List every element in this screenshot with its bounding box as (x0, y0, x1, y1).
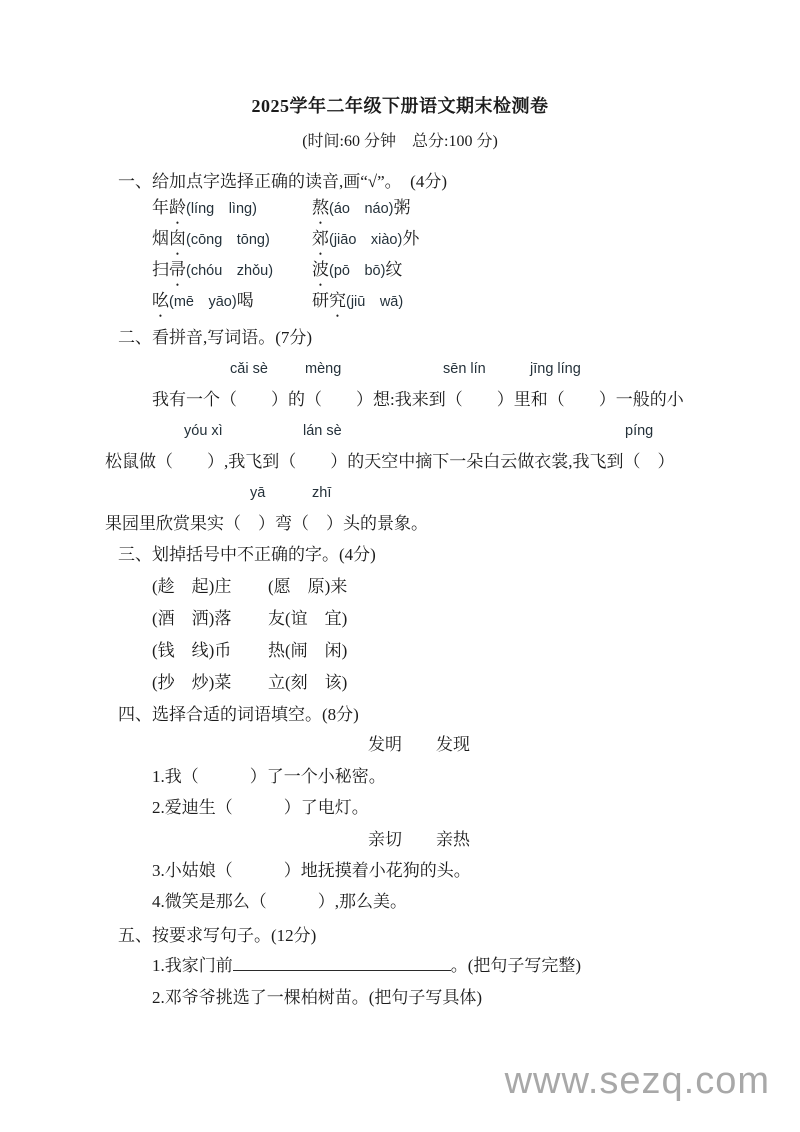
pinyin-hint: cǎi sè (230, 358, 268, 381)
pinyin-hint: yā (250, 482, 265, 505)
char: 扫 (152, 260, 169, 279)
char: 年 (152, 198, 169, 217)
q4-word-pair-2: 亲切 亲热 (368, 828, 470, 851)
q1-row-3-right: 波(pō bō)纹 (312, 260, 402, 279)
q1-row-3-left: 扫帚(chóu zhǒu) (152, 258, 312, 283)
q1-row-1-right: 熬(áo náo)粥 (312, 198, 410, 217)
dotted-char: 郊 (312, 227, 329, 250)
q4-item-1: 1.我（ ）了一个小秘密。 (152, 765, 386, 788)
q1-row-2-right: 郊(jiāo xiào)外 (312, 229, 419, 248)
q1-row-2: 烟囱(cōng tōng)郊(jiāo xiào)外 (152, 227, 419, 252)
char: 喝 (237, 291, 254, 310)
pinyin-hint: mèng (305, 358, 341, 381)
char: 粥 (393, 198, 410, 217)
pinyin-choices: (cōng tōng) (186, 232, 270, 248)
pinyin-hint: sēn lín (443, 358, 486, 381)
q1-row-1: 年龄(líng lìng)熬(áo náo)粥 (152, 196, 410, 221)
char: 外 (402, 229, 419, 248)
q3-row-2-left: (酒 洒)落 (152, 607, 268, 630)
q3-row-2: (酒 洒)落友(谊 宜) (152, 607, 347, 630)
q4-item-4: 4.微笑是那么（ ）,那么美。 (152, 890, 407, 913)
q1-heading: 一、给加点字选择正确的读音,画“√”。 (4分) (118, 170, 447, 193)
watermark: www.sezq.com (505, 1060, 770, 1103)
q2-pinyin-row-1: cǎi sè mèng sēn lín jīng líng (0, 358, 800, 381)
q1-row-4-left: 吆(mē yāo)喝 (152, 289, 312, 314)
exam-page: 2025学年二年级下册语文期末检测卷 (时间:60 分钟 总分:100 分) 一… (0, 0, 800, 1132)
q3-row-4-right: 立(刻 该) (268, 673, 347, 692)
q3-row-1: (趁 起)庄(愿 原)来 (152, 575, 347, 598)
pinyin-choices: (líng lìng) (186, 201, 257, 217)
q2-heading: 二、看拼音,写词语。(7分) (118, 326, 312, 349)
q3-row-3: (钱 线)币热(闹 闲) (152, 639, 347, 662)
char: 烟 (152, 229, 169, 248)
dotted-char: 熬 (312, 196, 329, 219)
pinyin-hint: lán sè (303, 420, 342, 443)
q3-row-4-left: (抄 炒)菜 (152, 671, 268, 694)
pinyin-hint: zhī (312, 482, 331, 505)
q2-sentence-3: 果园里欣赏果实（ ）弯（ ）头的景象。 (105, 512, 428, 535)
q2-sentence-2: 松鼠做（ ）,我飞到（ ）的天空中摘下一朵白云做衣裳,我飞到（ ） (105, 450, 675, 473)
q4-heading: 四、选择合适的词语填空。(8分) (118, 703, 359, 726)
q2-sentence-1: 我有一个（ ）的（ ）想:我来到（ ）里和（ ）一般的小 (152, 388, 684, 411)
pinyin-hint: jīng líng (530, 358, 581, 381)
q3-row-4: (抄 炒)菜立(刻 该) (152, 671, 347, 694)
q5-heading: 五、按要求写句子。(12分) (118, 924, 316, 947)
q1-row-2-left: 烟囱(cōng tōng) (152, 227, 312, 252)
page-subtitle: (时间:60 分钟 总分:100 分) (0, 130, 800, 153)
q3-row-1-right: (愿 原)来 (268, 577, 347, 596)
q3-row-3-left: (钱 线)币 (152, 639, 268, 662)
char: 纹 (385, 260, 402, 279)
char: 研 (312, 291, 329, 310)
pinyin-choices: (pō bō) (329, 263, 385, 279)
pinyin-choices: (chóu zhǒu) (186, 263, 273, 279)
pinyin-hint: yóu xì (184, 420, 223, 443)
q3-row-2-right: 友(谊 宜) (268, 609, 347, 628)
pinyin-choices: (áo náo) (329, 201, 393, 217)
answer-blank (233, 954, 451, 971)
page-title: 2025学年二年级下册语文期末检测卷 (0, 95, 800, 118)
q1-row-4-right: 研究(jiū wā) (312, 291, 403, 310)
dotted-char: 囱 (169, 227, 186, 250)
q5-item-2: 2.邓爷爷挑选了一棵柏树苗。(把句子写具体) (152, 986, 482, 1009)
q5-item-1: 1.我家门前。(把句子写完整) (152, 954, 581, 977)
q3-row-1-left: (趁 起)庄 (152, 575, 268, 598)
dotted-char: 龄 (169, 196, 186, 219)
pinyin-choices: (jiāo xiào) (329, 232, 402, 248)
q5-item-1-note: 。(把句子写完整) (451, 956, 581, 975)
q2-pinyin-row-3: yā zhī (0, 482, 800, 505)
q3-heading: 三、划掉括号中不正确的字。(4分) (118, 543, 376, 566)
dotted-char: 帚 (169, 258, 186, 281)
q1-row-1-left: 年龄(líng lìng) (152, 196, 312, 221)
q4-item-2: 2.爱迪生（ ）了电灯。 (152, 796, 369, 819)
dotted-char: 波 (312, 258, 329, 281)
q1-row-4: 吆(mē yāo)喝研究(jiū wā) (152, 289, 403, 314)
dotted-char: 究 (329, 289, 346, 312)
pinyin-hint: píng (625, 420, 653, 443)
q5-item-1-text: 1.我家门前 (152, 956, 233, 975)
q3-row-3-right: 热(闹 闲) (268, 641, 347, 660)
pinyin-choices: (mē yāo) (169, 294, 237, 310)
q1-row-3: 扫帚(chóu zhǒu)波(pō bō)纹 (152, 258, 402, 283)
dotted-char: 吆 (152, 289, 169, 312)
q2-pinyin-row-2: yóu xì lán sè píng (0, 420, 800, 443)
q4-word-pair-1: 发明 发现 (368, 733, 470, 756)
pinyin-choices: (jiū wā) (346, 294, 403, 310)
q4-item-3: 3.小姑娘（ ）地抚摸着小花狗的头。 (152, 859, 471, 882)
